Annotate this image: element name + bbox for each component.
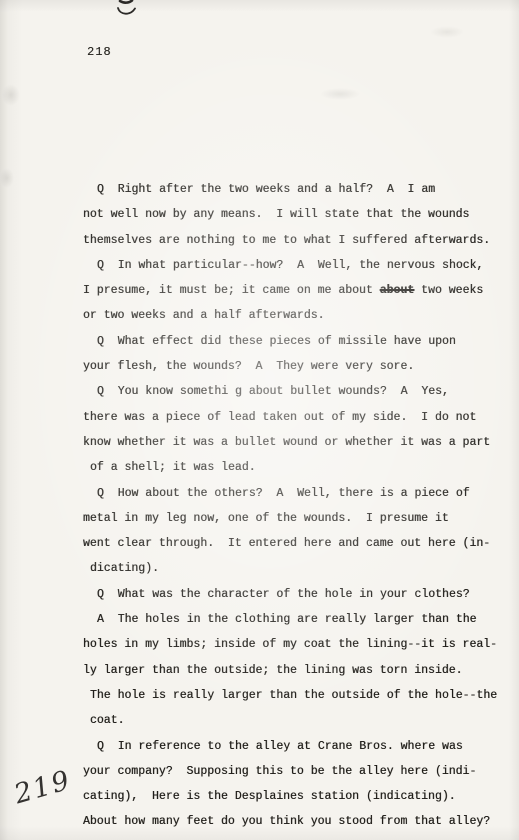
text-segment: ly larger than the outside; the lining w… bbox=[83, 664, 463, 677]
text-segment: went clear through. It entered here and … bbox=[83, 537, 490, 550]
text-line: ly larger than the outside; the lining w… bbox=[83, 658, 503, 683]
text-segment: of a shell; it was lead. bbox=[90, 461, 256, 474]
scan-smudge bbox=[430, 26, 464, 38]
text-segment: coat. bbox=[90, 714, 125, 727]
text-line: Q How about the others? A Well, there is… bbox=[83, 481, 503, 506]
scan-smudge bbox=[0, 168, 14, 188]
text-line: cating), Here is the Desplaines station … bbox=[83, 784, 503, 809]
handwritten-page-number: 219 bbox=[11, 765, 75, 811]
text-segment: your company? Supposing this to be the a… bbox=[83, 765, 476, 778]
text-segment: Q You know somethi g about bullet wounds… bbox=[97, 385, 449, 398]
text-line: your flesh, the wounds? A They were very… bbox=[83, 354, 503, 379]
typed-page-number: 218 bbox=[87, 45, 112, 59]
text-segment: metal in my leg now, one of the wounds. … bbox=[83, 512, 449, 525]
text-segment: your flesh, the wounds? A They were very… bbox=[83, 360, 414, 373]
text-line: know whether it was a bullet wound or wh… bbox=[83, 430, 503, 455]
text-line: holes in my limbs; inside of my coat the… bbox=[83, 632, 503, 657]
text-line: Q What was the character of the hole in … bbox=[83, 582, 503, 607]
handwritten-check-mark-icon bbox=[112, 0, 142, 20]
text-line: Q In what particular--how? A Well, the n… bbox=[83, 253, 503, 278]
text-line: dicating). bbox=[83, 556, 503, 581]
text-segment: The hole is really larger than the outsi… bbox=[90, 689, 497, 702]
text-line: Q Right after the two weeks and a half? … bbox=[83, 177, 503, 202]
text-segment: there was a piece of lead taken out of m… bbox=[83, 411, 476, 424]
text-segment: Q In what particular--how? A Well, the n… bbox=[97, 259, 483, 272]
text-segment: Q What effect did these pieces of missil… bbox=[97, 335, 456, 348]
text-line: or two weeks and a half afterwards. bbox=[83, 303, 503, 328]
text-segment: or two weeks and a half afterwards. bbox=[83, 309, 325, 322]
text-segment: Q How about the others? A Well, there is… bbox=[97, 487, 470, 500]
text-line: Q You know somethi g about bullet wounds… bbox=[83, 379, 503, 404]
text-segment: Q In reference to the alley at Crane Bro… bbox=[97, 740, 463, 753]
scanned-document-page: 218 Q Right after the two weeks and a ha… bbox=[0, 0, 519, 840]
text-segment: I presume, it must be; it came on me abo… bbox=[83, 284, 380, 297]
text-line: coat. bbox=[83, 708, 503, 733]
text-segment: Q What was the character of the hole in … bbox=[97, 588, 470, 601]
text-line: About how many feet do you think you sto… bbox=[83, 809, 503, 834]
text-segment: two weeks bbox=[414, 284, 483, 297]
text-segment: holes in my limbs; inside of my coat the… bbox=[83, 638, 497, 651]
struck-out-word: about bbox=[380, 284, 415, 297]
text-line: of a shell; it was lead. bbox=[83, 455, 503, 480]
text-segment: themselves are nothing to me to what I s… bbox=[83, 234, 490, 247]
text-line: not well now by any means. I will state … bbox=[83, 202, 503, 227]
text-line: went clear through. It entered here and … bbox=[83, 531, 503, 556]
text-segment: cating), Here is the Desplaines station … bbox=[83, 790, 456, 803]
document-text: Q Right after the two weeks and a half? … bbox=[83, 177, 503, 835]
text-segment: A The holes in the clothing are really l… bbox=[97, 613, 477, 626]
text-line: Q What effect did these pieces of missil… bbox=[83, 329, 503, 354]
text-segment: know whether it was a bullet wound or wh… bbox=[83, 436, 490, 449]
text-segment: About how many feet do you think you sto… bbox=[83, 815, 490, 828]
text-line: The hole is really larger than the outsi… bbox=[83, 683, 503, 708]
text-segment: not well now by any means. I will state … bbox=[83, 208, 469, 221]
text-line: A The holes in the clothing are really l… bbox=[83, 607, 503, 632]
text-line: there was a piece of lead taken out of m… bbox=[83, 405, 503, 430]
scan-smudge bbox=[2, 84, 20, 106]
text-line: your company? Supposing this to be the a… bbox=[83, 759, 503, 784]
text-line: themselves are nothing to me to what I s… bbox=[83, 228, 503, 253]
text-segment: Q Right after the two weeks and a half? … bbox=[97, 183, 435, 196]
scan-smudge bbox=[320, 88, 360, 100]
text-line: Q In reference to the alley at Crane Bro… bbox=[83, 734, 503, 759]
text-segment: dicating). bbox=[90, 562, 159, 575]
text-line: metal in my leg now, one of the wounds. … bbox=[83, 506, 503, 531]
text-line: I presume, it must be; it came on me abo… bbox=[83, 278, 503, 303]
